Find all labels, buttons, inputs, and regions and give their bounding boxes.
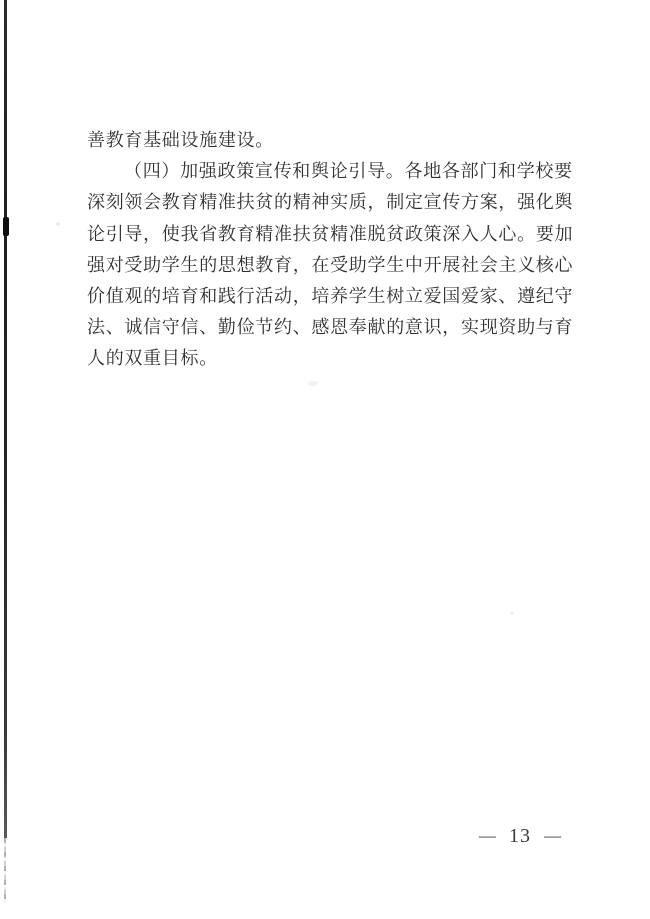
footer-dash-left: —: [479, 827, 496, 844]
page-number: 13: [509, 826, 531, 846]
document-line: 法、诚信守信、勤俭节约、感恩奉献的意识，实现资助与育: [87, 312, 579, 343]
document-body: 善教育基础设施建设。 （四）加强政策宣传和舆论引导。各地各部门和学校要 深刻领会…: [87, 125, 579, 375]
binding-scan-line-fade-artifact: [4, 838, 6, 902]
document-line: 论引导，使我省教育精准扶贫精准脱贫政策深入人心。要加: [87, 219, 579, 250]
scan-speck: [510, 611, 514, 615]
document-line-section-heading: （四）加强政策宣传和舆论引导。各地各部门和学校要: [87, 156, 579, 187]
binding-scan-line-artifact: [4, 0, 7, 838]
scanned-document-page: 善教育基础设施建设。 （四）加强政策宣传和舆论引导。各地各部门和学校要 深刻领会…: [0, 0, 650, 919]
document-line: 人的双重目标。: [87, 343, 579, 374]
page-footer: — 13 —: [479, 824, 561, 848]
footer-dash-right: —: [544, 827, 561, 844]
document-line: 价值观的培育和践行活动，培养学生树立爱国爱家、遵纪守: [87, 281, 579, 312]
binding-scan-blob-artifact: [3, 217, 9, 236]
document-line: 强对受助学生的思想教育，在受助学生中开展社会主义核心: [87, 250, 579, 281]
document-line: 善教育基础设施建设。: [87, 125, 579, 156]
scan-speck: [56, 222, 60, 226]
scan-speck: [308, 381, 318, 386]
document-line: 深刻领会教育精准扶贫的精神实质，制定宣传方案，强化舆: [87, 187, 579, 218]
